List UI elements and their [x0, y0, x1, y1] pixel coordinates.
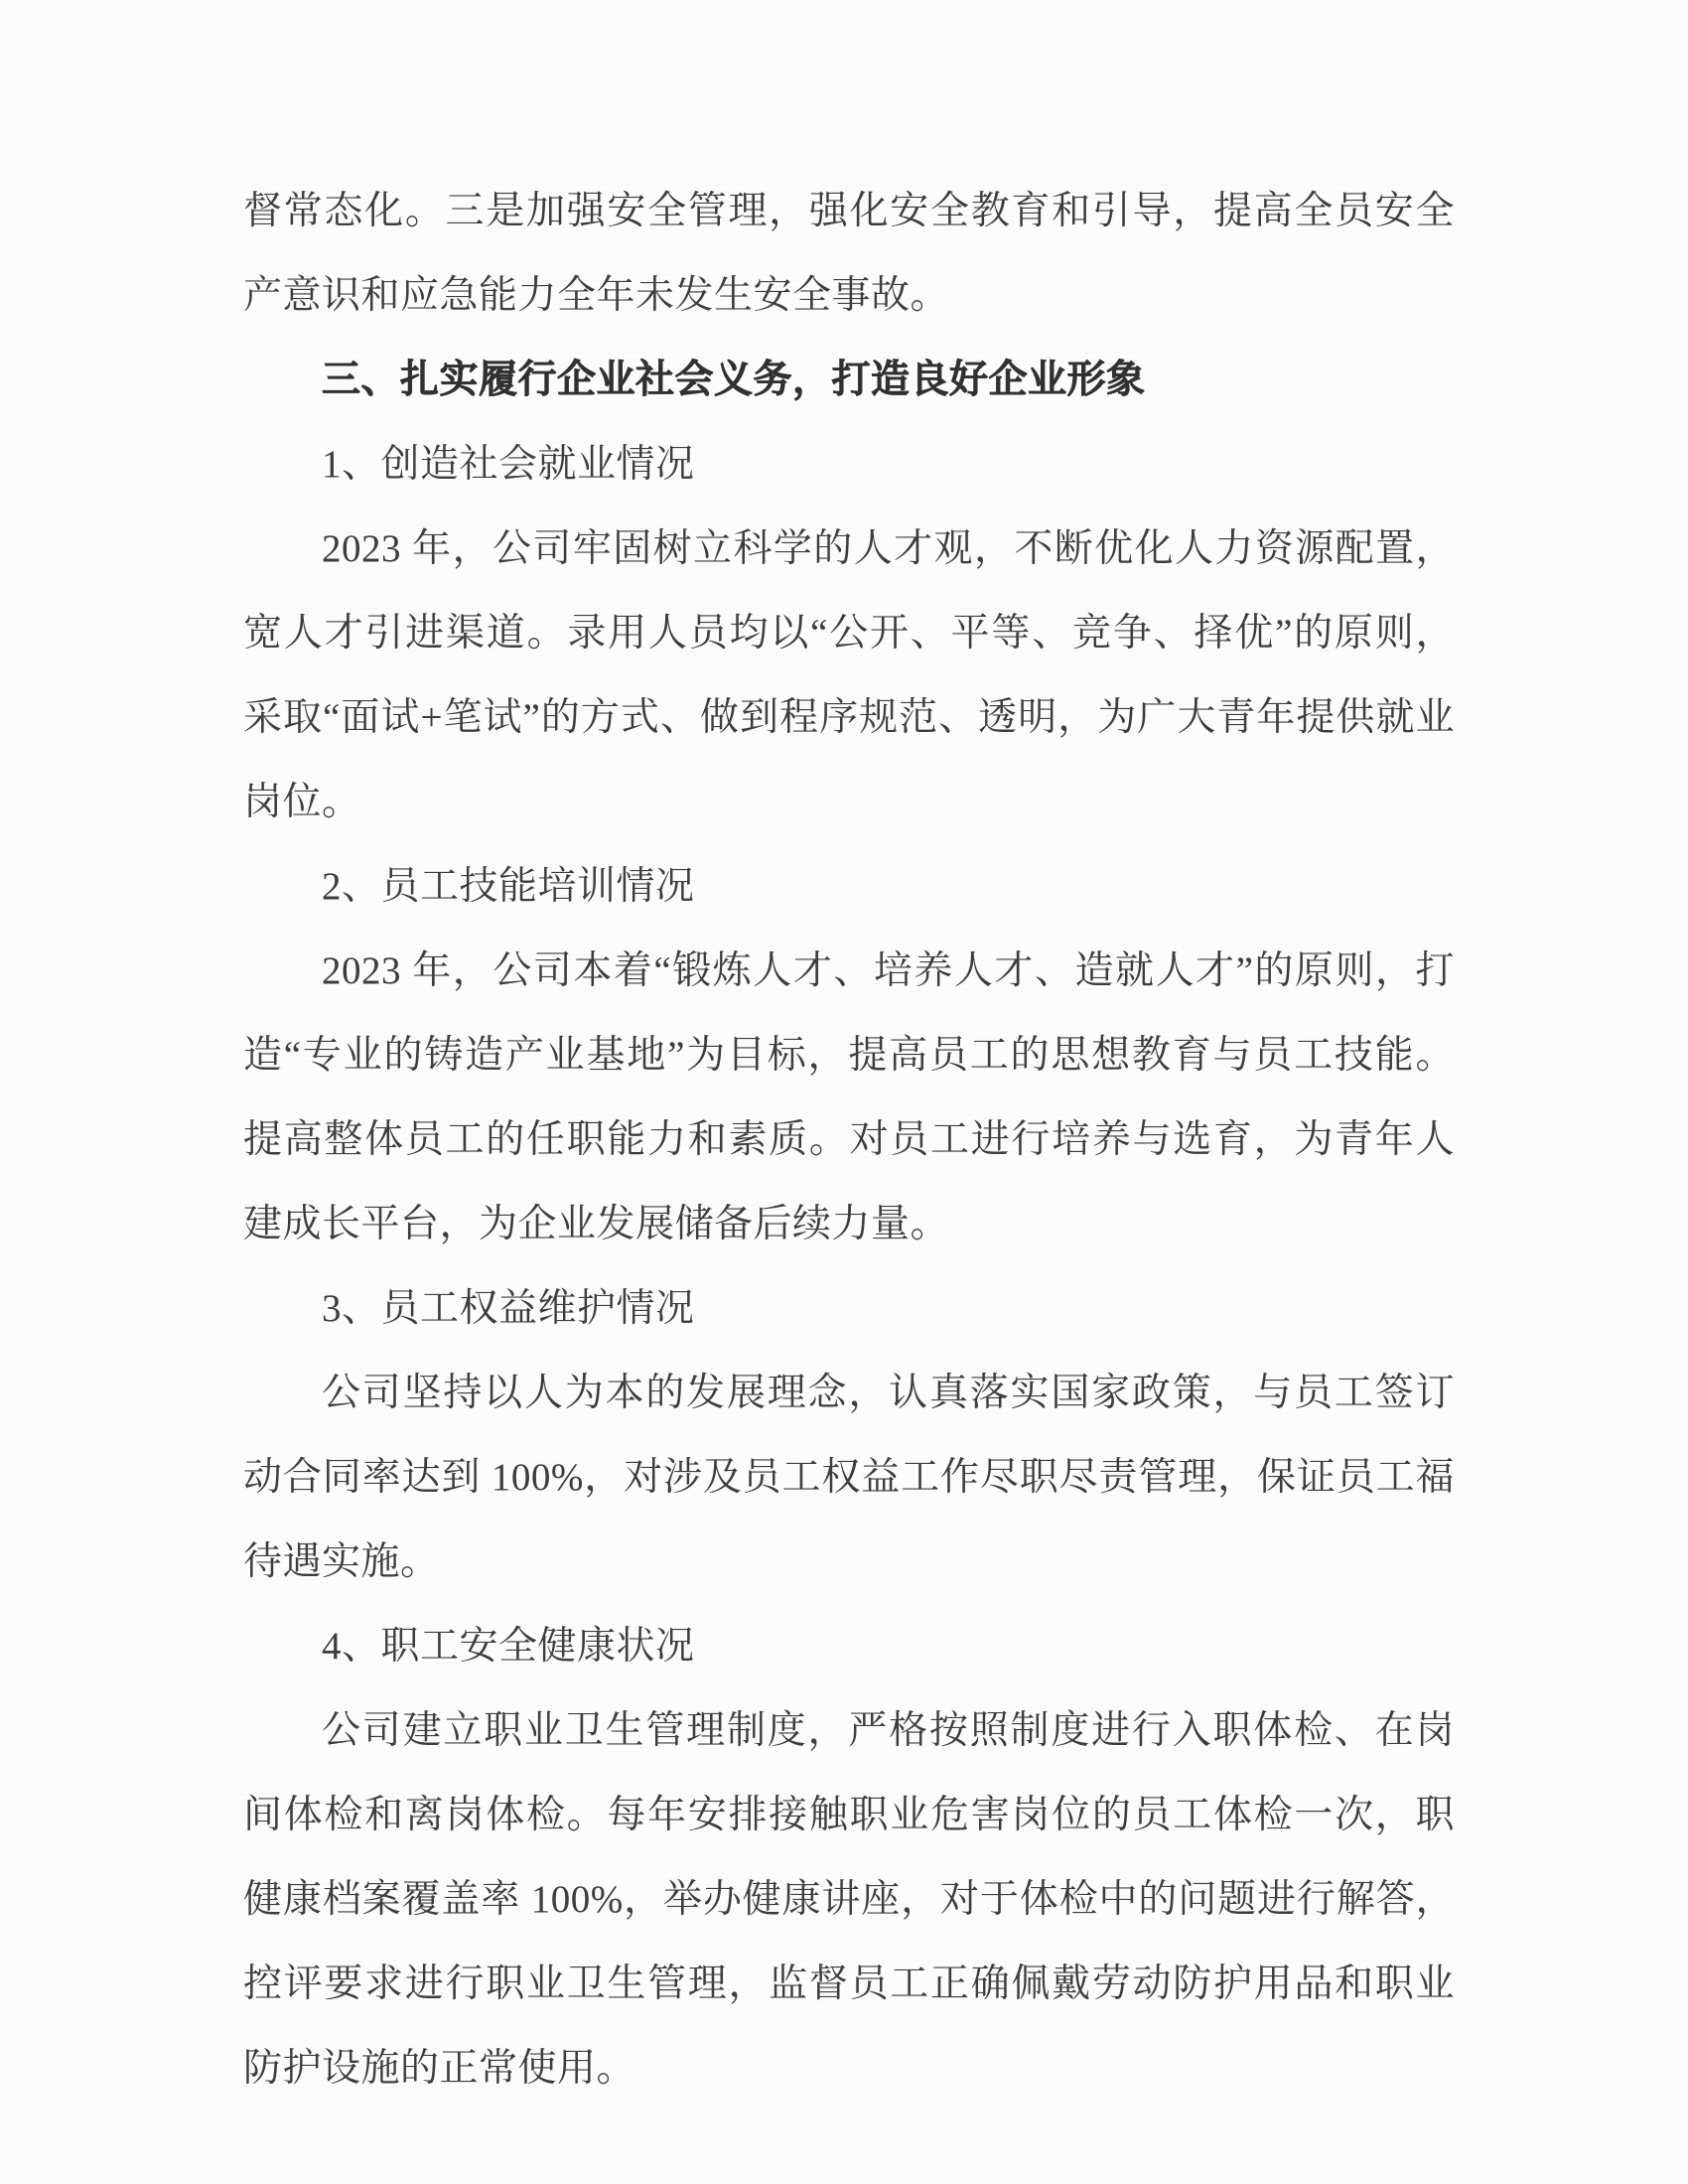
document-body: 督常态化。三是加强安全管理，强化安全教育和引导，提高全员安全生产意识和应急能力全…	[0, 0, 1688, 2111]
body-text-line: 2023 年，公司牢固树立科学的人才观，不断优化人力资源配置，拓	[243, 507, 1455, 591]
body-text-line: 控评要求进行职业卫生管理，监督员工正确佩戴劳动防护用品和职业病	[243, 1942, 1455, 2026]
subsection-heading: 2、员工技能培训情况	[243, 844, 1455, 929]
section-heading: 三、扎实履行企业社会义务，打造良好企业形象	[243, 338, 1455, 422]
body-text-line: 间体检和离岗体检。每年安排接触职业危害岗位的员工体检一次，职业	[243, 1773, 1455, 1857]
body-text-line: 2023 年，公司本着“锻炼人才、培养人才、造就人才”的原则，打	[243, 929, 1455, 1013]
body-text-line: 造“专业的铸造产业基地”为目标，提高员工的思想教育与员工技能。	[243, 1013, 1455, 1097]
subsection-heading: 3、员工权益维护情况	[243, 1266, 1455, 1351]
body-text-line: 督常态化。三是加强安全管理，强化安全教育和引导，提高全员安全生	[243, 169, 1455, 253]
body-text-line: 建成长平台，为企业发展储备后续力量。	[243, 1182, 1455, 1266]
body-text-line: 岗位。	[243, 760, 1455, 844]
document-page: 督常态化。三是加强安全管理，强化安全教育和引导，提高全员安全生产意识和应急能力全…	[0, 0, 1688, 2184]
body-text-line: 采取“面试+笔试”的方式、做到程序规范、透明，为广大青年提供就业	[243, 675, 1455, 760]
body-text-line: 宽人才引进渠道。录用人员均以“公开、平等、竞争、择优”的原则，	[243, 591, 1455, 675]
body-text-line: 产意识和应急能力全年未发生安全事故。	[243, 253, 1455, 338]
body-text-line: 提高整体员工的任职能力和素质。对员工进行培养与选育，为青年人搭	[243, 1097, 1455, 1182]
body-text-line: 待遇实施。	[243, 1520, 1455, 1604]
subsection-heading: 4、职工安全健康状况	[243, 1604, 1455, 1688]
body-text-line: 公司建立职业卫生管理制度，严格按照制度进行入职体检、在岗期	[243, 1688, 1455, 1773]
body-text-line: 防护设施的正常使用。	[243, 2026, 1455, 2111]
body-text-line: 动合同率达到 100%，对涉及员工权益工作尽职尽责管理，保证员工福利	[243, 1435, 1455, 1520]
subsection-heading: 1、创造社会就业情况	[243, 422, 1455, 507]
body-text-line: 公司坚持以人为本的发展理念，认真落实国家政策，与员工签订劳	[243, 1351, 1455, 1435]
body-text-line: 健康档案覆盖率 100%，举办健康讲座，对于体检中的问题进行解答，按	[243, 1857, 1455, 1942]
